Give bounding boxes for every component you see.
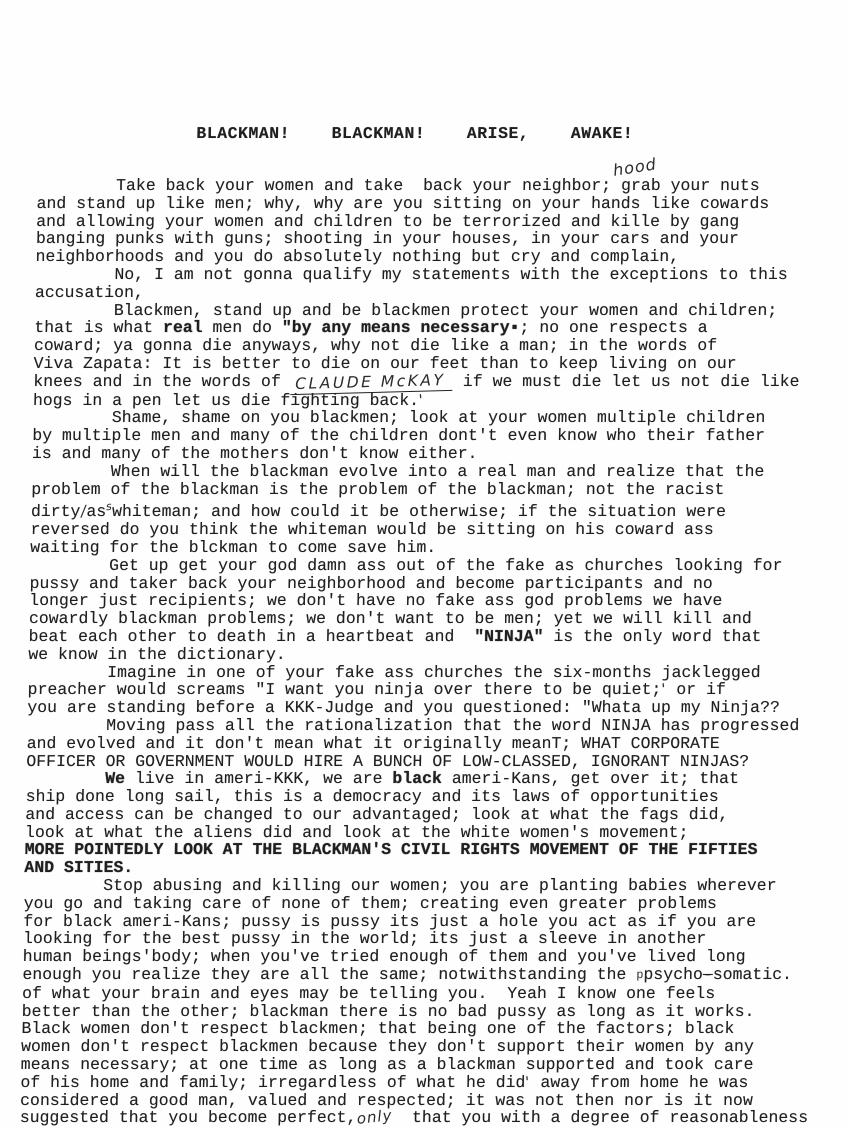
text-segment: accusation, [35, 283, 144, 302]
text-segment: problem of the blackman is the problem o… [31, 480, 724, 499]
text-line: banging punks with guns; shooting in you… [36, 230, 830, 248]
text-segment: or if [666, 680, 726, 699]
handwritten-annotation: ' [661, 681, 668, 699]
text-segment: human beings'body; when you've tried eno… [23, 947, 746, 966]
text-line: knees and in the words of CLAUDE McKAY i… [33, 373, 827, 392]
text-segment: Blackmen, stand up and be blackmen prote… [34, 301, 777, 320]
document-body: Take back your women and take back your … [20, 176, 831, 1127]
text-segment: ship done long sail, this is a democracy… [25, 787, 718, 806]
text-segment: better than the other; blackman there is… [22, 1002, 755, 1021]
text-line: Shame, shame on you blackmen; look at yo… [32, 409, 826, 427]
text-line: Take back your women and take back your … [37, 176, 831, 195]
text-segment: Black women don't respect blackmen; that… [21, 1019, 734, 1038]
text-line: suggested that you become perfect,only t… [20, 1109, 814, 1127]
text-line: Blackmen, stand up and be blackmen prote… [34, 302, 828, 320]
text-line: coward; ya gonna die anyways, why not di… [34, 337, 828, 355]
text-segment: men do [202, 318, 282, 337]
text-segment: women don't respect blackmen because the… [21, 1037, 754, 1056]
text-segment: reversed do you think the whiteman would… [30, 520, 714, 539]
text-segment: psycho [643, 965, 703, 984]
text-line: Get up get your god damn ass out of the … [30, 557, 824, 575]
text-segment: for black ameri-Kans; pussy is pussy its… [23, 912, 756, 931]
text-line: waiting for the blckman to come save him… [30, 539, 824, 557]
text-segment: "NINJA" [474, 627, 544, 646]
text-line: Moving pass all the rationalization that… [27, 717, 821, 735]
text-line: enough you realize they are all the same… [22, 966, 816, 985]
text-segment: Stop abusing and killing our women; you … [24, 876, 777, 895]
text-line: No, I am not gonna qualify my statements… [35, 266, 829, 284]
text-segment: we know in the dictionary. [28, 645, 286, 664]
text-segment: hogs in a pen let us die fighting back. [33, 391, 420, 410]
text-line: you are standing before a KKK-Judge and … [27, 699, 821, 717]
text-segment: Viva Zapata: It is better to die on our … [33, 354, 736, 373]
document-title: BLACKMAN! BLACKMAN! ARISE, AWAKE! [38, 124, 792, 143]
text-line: and access can be changed to our advanta… [25, 806, 819, 824]
text-segment: you are standing before a KKK-Judge and … [27, 698, 780, 717]
text-segment: Get up get your god damn ass out of the … [30, 556, 783, 575]
text-line: Imagine in one of your fake ass churches… [28, 664, 822, 682]
text-segment: p [636, 968, 643, 982]
text-line: MORE POINTEDLY LOOK AT THE BLACKMAN'S CI… [25, 841, 819, 859]
text-line: means necessary; at one time as long as … [21, 1056, 815, 1074]
text-segment: looking for the best pussy in the world;… [23, 929, 707, 948]
text-segment: MORE POINTEDLY LOOK AT THE BLACKMAN'S CI… [25, 840, 758, 859]
text-line: and allowing your women and children to … [36, 213, 830, 231]
text-segment: is the only word that [543, 627, 761, 646]
text-line: we know in the dictionary. [28, 646, 822, 664]
text-line: considered a good man, valued and respec… [20, 1092, 814, 1110]
text-segment: grab your nuts [611, 176, 760, 195]
text-segment: ameri-Kans, get over it; that [442, 769, 739, 788]
text-segment: No, I am not gonna qualify my statements… [35, 265, 788, 284]
handwritten-annotation: / [80, 503, 88, 521]
text-segment: means necessary; at one time as long as … [21, 1055, 754, 1074]
text-segment: Take back your women and take back your … [37, 176, 612, 195]
text-line: you go and taking care of none of them; … [24, 895, 818, 913]
text-segment: black [392, 769, 442, 788]
text-segment: neighborhoods and you do absolutely noth… [35, 247, 679, 266]
text-line: human beings'body; when you've tried eno… [23, 948, 817, 966]
text-line: preacher would screams "I want you ninja… [27, 681, 821, 699]
text-segment: Imagine in one of your fake ass churches… [28, 663, 761, 682]
text-segment: real [163, 318, 203, 337]
text-line: looking for the best pussy in the world;… [23, 930, 817, 948]
text-segment: dirty [31, 502, 81, 521]
text-line: that is what real men do "by any means n… [34, 319, 828, 337]
text-line: for black ameri-Kans; pussy is pussy its… [23, 913, 817, 931]
text-segment: of his home and family; irregardless of … [20, 1073, 525, 1092]
text-segment: away from home he was [530, 1073, 748, 1092]
text-segment: waiting for the blckman to come save him… [30, 538, 436, 557]
text-segment: AND SITIES. [24, 858, 133, 877]
handwritten-annotation: ' [418, 391, 425, 409]
text-segment: by multiple men and many of the children… [32, 426, 765, 445]
text-segment: ; no one respects a [519, 318, 707, 337]
text-line: beat each other to death in a heartbeat … [28, 628, 822, 646]
text-segment: preacher would screams "I want you ninja… [27, 680, 661, 699]
text-line: Black women don't respect blackmen; that… [21, 1020, 815, 1038]
text-line: ship done long sail, this is a democracy… [26, 788, 820, 806]
text-segment: beat each other to death in a heartbeat … [28, 627, 474, 646]
text-line: problem of the blackman is the problem o… [31, 481, 825, 499]
text-line: accusation, [35, 284, 829, 302]
text-line: When will the blackman evolve into a rea… [31, 463, 825, 481]
text-segment: pussy and taker back your neighborhood a… [29, 574, 713, 593]
text-segment: if we must die let us not die like [453, 372, 800, 391]
text-segment: is and many of the mothers don't know ei… [32, 444, 478, 463]
text-segment: Moving pass all the rationalization that… [27, 716, 800, 735]
text-segment: When will the blackman evolve into a rea… [31, 462, 764, 481]
text-line: longer just recipients; we don't have no… [29, 592, 823, 610]
text-line: look at what the aliens did and look at … [25, 824, 819, 842]
text-line: OFFICER OR GOVERNMENT WOULD HIRE A BUNCH… [26, 753, 820, 771]
text-line: neighborhoods and you do absolutely noth… [35, 248, 829, 266]
text-line: and evolved and it don't mean what it or… [26, 735, 820, 753]
text-line: AND SITIES. [24, 859, 818, 877]
text-segment: coward; ya gonna die anyways, why not di… [34, 336, 718, 355]
text-segment: somatic. [713, 965, 793, 984]
text-segment: live in ameri-KKK, we are [125, 769, 393, 788]
text-segment: and allowing your women and children to … [36, 212, 739, 231]
text-line: cowardly blackman problems; we don't wan… [29, 610, 823, 628]
text-segment: enough you realize they are all the same… [22, 965, 636, 984]
document-page: BLACKMAN! BLACKMAN! ARISE, AWAKE! Take b… [0, 0, 850, 1127]
text-segment: as [86, 502, 106, 521]
text-line: reversed do you think the whiteman would… [30, 521, 824, 539]
text-segment: and access can be changed to our advanta… [25, 805, 728, 824]
text-segment [26, 769, 106, 788]
text-line: of what your brain and eyes may be telli… [22, 985, 816, 1003]
text-line: We live in ameri-KKK, we are black ameri… [26, 770, 820, 788]
text-segment: suggested that you become perfect, [20, 1108, 357, 1127]
text-segment: knees and in the words of [33, 372, 291, 391]
text-segment: "by any means necessary▪ [282, 318, 520, 337]
text-segment: whiteman; and how could it be otherwise;… [112, 502, 726, 521]
text-segment: banging punks with guns; shooting in you… [36, 229, 739, 248]
text-line: by multiple men and many of the children… [32, 427, 826, 445]
text-segment: and evolved and it don't mean what it or… [26, 734, 719, 753]
text-line: hogs in a pen let us die fighting back.' [33, 392, 827, 410]
text-line: pussy and taker back your neighborhood a… [29, 575, 823, 593]
text-line: and stand up like men; why, why are you … [36, 195, 830, 213]
handwritten-annotation: only [356, 1108, 393, 1127]
text-segment: look at what the aliens did and look at … [25, 823, 689, 842]
text-segment: that you with a degree of reasonableness [392, 1108, 808, 1127]
handwritten-annotation: CLAUDE McKAY [291, 372, 453, 395]
text-segment: you go and taking care of none of them; … [24, 894, 717, 913]
text-segment: that is what [34, 318, 163, 337]
text-line: Viva Zapata: It is better to die on our … [33, 355, 827, 373]
text-segment: of what your brain and eyes may be telli… [22, 984, 715, 1003]
text-segment: OFFICER OR GOVERNMENT WOULD HIRE A BUNCH… [26, 752, 749, 771]
text-line: of his home and family; irregardless of … [20, 1074, 814, 1092]
text-segment: cowardly blackman problems; we don't wan… [29, 609, 752, 628]
text-segment: We [105, 769, 125, 788]
text-line: Stop abusing and killing our women; you … [24, 877, 818, 895]
text-line: better than the other; blackman there is… [22, 1003, 816, 1021]
text-line: is and many of the mothers don't know ei… [32, 445, 826, 463]
document-content: BLACKMAN! BLACKMAN! ARISE, AWAKE! Take b… [20, 124, 832, 1127]
text-segment: Shame, shame on you blackmen; look at yo… [32, 408, 765, 427]
text-segment: and stand up like men; why, why are you … [36, 194, 769, 213]
text-segment: longer just recipients; we don't have no… [29, 591, 722, 610]
handwritten-annotation: s [105, 498, 113, 516]
text-line: dirty/asswhiteman; and how could it be o… [31, 498, 825, 521]
text-line: women don't respect blackmen because the… [21, 1038, 815, 1056]
